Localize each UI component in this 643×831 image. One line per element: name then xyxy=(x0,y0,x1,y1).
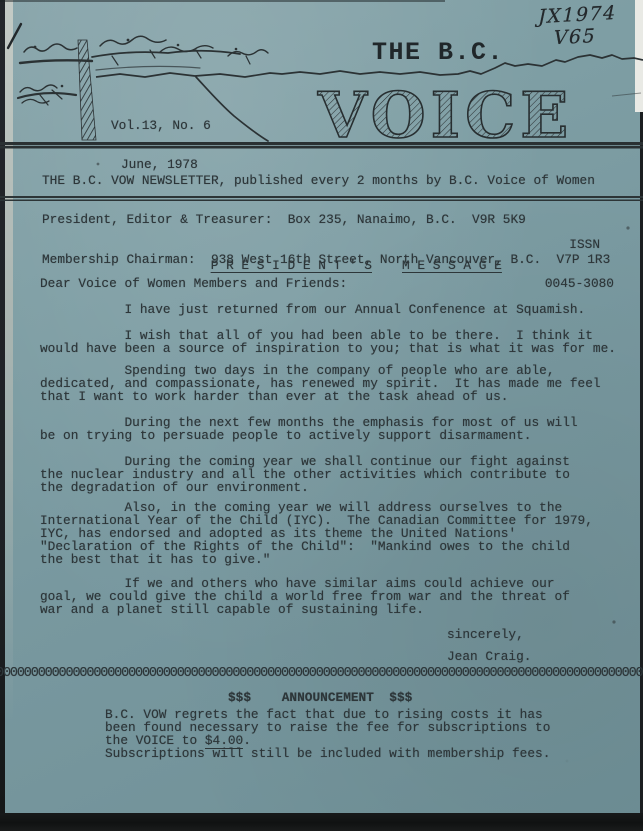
margin-dash-mark xyxy=(612,93,641,96)
heading-part2: M E S S A G E xyxy=(402,258,502,273)
issn-label: ISSN xyxy=(498,238,614,251)
masthead-title-large: VOICE xyxy=(317,78,573,150)
message-paragraph: I wish that all of you had been able to … xyxy=(40,329,616,355)
scan-edge-bottom xyxy=(0,813,643,831)
announcement-text-pre: B.C. VOW regrets the fact that due to ri… xyxy=(105,707,550,748)
mountain-skyline xyxy=(96,55,643,77)
message-paragraph: If we and others who have similar aims c… xyxy=(40,577,570,616)
message-paragraph: During the next few months the emphasis … xyxy=(40,416,578,442)
zeros-divider: 0000000000000000000000000000000000000000… xyxy=(0,667,643,680)
pen-slash-mark xyxy=(8,24,21,48)
masthead-bottom-rule xyxy=(0,196,643,202)
announcement-heading: $$$ ANNOUNCEMENT $$$ xyxy=(228,691,412,704)
message-paragraph: Also, in the coming year we will address… xyxy=(40,501,593,566)
header-artwork: THE B.C. VOICE xyxy=(0,0,643,150)
message-paragraph: During the coming year we shall continue… xyxy=(40,455,570,494)
signature: Jean Craig. xyxy=(447,650,531,663)
heading-part1: P R E S I D E N T ' S xyxy=(211,258,372,273)
masthead-title-small: THE B.C. xyxy=(372,38,504,67)
message-paragraph: I have just returned from our Annual Con… xyxy=(40,303,585,316)
volume-line: Vol.13, No. 6 xyxy=(111,119,211,132)
salutation: Dear Voice of Women Members and Friends: xyxy=(40,277,347,290)
newsletter-page: JX1974 V65 xyxy=(0,0,643,831)
announcement-body: B.C. VOW regrets the fact that due to ri… xyxy=(105,708,550,760)
tree-trunk xyxy=(78,40,96,140)
masthead-line1: THE B.C. VOW NEWSLETTER, published every… xyxy=(42,174,610,187)
closing: sincerely, xyxy=(447,628,524,641)
issn-number: 0045-3080 xyxy=(498,277,614,290)
message-paragraph: Spending two days in the company of peop… xyxy=(40,364,601,403)
